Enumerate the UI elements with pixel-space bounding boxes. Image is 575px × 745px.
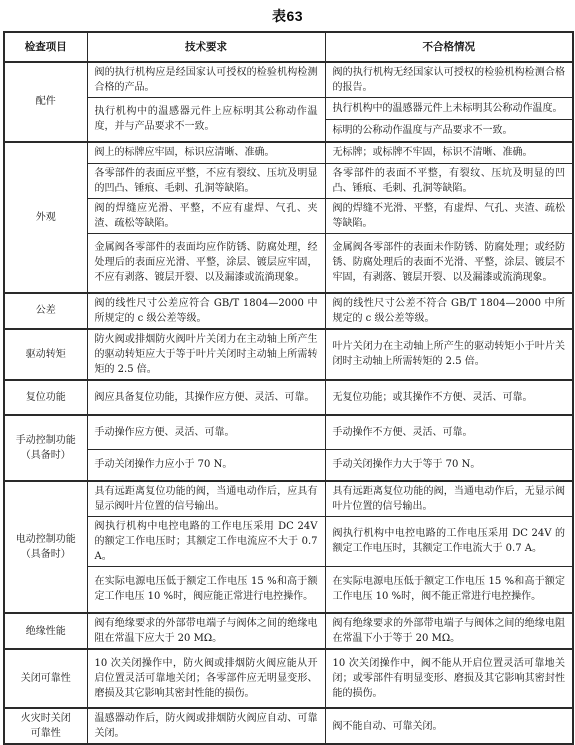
table-row: 复位功能 阀应具备复位功能，其操作应方便、灵活、可靠。 无复位功能；或其操作不方…: [4, 380, 573, 415]
header-row: 检查项目 技术要求 不合格情况: [4, 32, 573, 62]
item-cell-manual-control: 手动控制功能 （具备时）: [4, 415, 87, 481]
nonconforming-cell: 无复位功能；或其操作不方便、灵活、可靠。: [325, 380, 573, 415]
requirement-cell: 手动关闭操作力应小于 70 N。: [87, 450, 325, 481]
table-row: 公差 阀的线性尺寸公差应符合 GB/T 1804—2000 中所规定的 c 级公…: [4, 293, 573, 329]
table-row: 在实际电源电压低于额定工作电压 15 %和高于额定工作电压 10 %时，阀应能正…: [4, 566, 573, 613]
nonconforming-cell: 具有远距离复位功能的阀，当通电动作后，无显示阀叶片位置的信号输出。: [325, 481, 573, 517]
table-row: 驱动转矩 防火阀或排烟防火阀叶片关闭力在主动轴上所产生的驱动转矩应大于等于叶片关…: [4, 329, 573, 380]
table-row: 电动控制功能 （具备时） 具有远距离复位功能的阀，当通电动作后，应具有显示阀叶片…: [4, 481, 573, 517]
nonconforming-cell: 无标牌；或标牌不牢固，标识不清晰、准确。: [325, 142, 573, 164]
requirement-cell: 10 次关闭操作中，防火阀或排烟防火阀应能从开启位置灵活可靠地关闭；各零部件应无…: [87, 649, 325, 708]
column-header-nonconforming: 不合格情况: [325, 32, 573, 62]
column-header-item: 检查项目: [4, 32, 87, 62]
nonconforming-cell: 手动关闭操作力大于等于 70 N。: [325, 450, 573, 481]
table-row: 关闭可靠性 10 次关闭操作中，防火阀或排烟防火阀应能从开启位置灵活可靠地关闭；…: [4, 649, 573, 708]
table-row: 配件 阀的执行机构应是经国家认可授权的检验机构检测合格的产品。 阀的执行机构无经…: [4, 62, 573, 98]
nonconforming-cell: 各零部件的表面不平整，有裂纹、压坑及明显的凹凸、锤痕、毛刺、孔洞等缺陷。: [325, 164, 573, 199]
table-row: 阀执行机构中电控电路的工作电压采用 DC 24V 的额定工作电压时；其额定工作电…: [4, 516, 573, 566]
nonconforming-cell: 阀有绝缘要求的外部带电端子与阀体之间的绝缘电阻在常温下小于等于 20 MΩ。: [325, 613, 573, 649]
item-cell-closing-reliability: 关闭可靠性: [4, 649, 87, 708]
requirement-cell: 阀应具备复位功能，其操作应方便、灵活、可靠。: [87, 380, 325, 415]
table-row: 各零部件的表面应平整，不应有裂纹、压坑及明显的凹凸、锤痕、毛刺、孔洞等缺陷。 各…: [4, 164, 573, 199]
requirement-cell: 具有远距离复位功能的阀，当通电动作后，应具有显示阀叶片位置的信号输出。: [87, 481, 325, 517]
item-cell-appearance: 外观: [4, 142, 87, 293]
nonconforming-cell: 阀的执行机构无经国家认可授权的检验机构检测合格的报告。: [325, 62, 573, 98]
table-row: 外观 阀上的标牌应牢固，标识应清晰、准确。 无标牌；或标牌不牢固，标识不清晰、准…: [4, 142, 573, 164]
inspection-table: 检查项目 技术要求 不合格情况 配件 阀的执行机构应是经国家认可授权的检验机构检…: [3, 31, 574, 745]
requirement-cell: 防火阀或排烟防火阀叶片关闭力在主动轴上所产生的驱动转矩应大于等于叶片关闭时主动轴…: [87, 329, 325, 380]
column-header-requirement: 技术要求: [87, 32, 325, 62]
requirement-cell: 阀的执行机构应是经国家认可授权的检验机构检测合格的产品。: [87, 62, 325, 98]
nonconforming-cell: 10 次关闭操作中，阀不能从开启位置灵活可靠地关闭；或零部件有明显变形、磨损及其…: [325, 649, 573, 708]
requirement-cell: 各零部件的表面应平整，不应有裂纹、压坑及明显的凹凸、锤痕、毛刺、孔洞等缺陷。: [87, 164, 325, 199]
table-row: 火灾时关闭 可靠性 温感器动作后，防火阀或排烟防火阀应自动、可靠关闭。 阀不能自…: [4, 708, 573, 744]
nonconforming-cell: 在实际电源电压低于额定工作电压 15 %和高于额定工作电压 10 %时，阀不能正…: [325, 566, 573, 613]
nonconforming-cell: 阀不能自动、可靠关闭。: [325, 708, 573, 744]
nonconforming-cell: 阀的线性尺寸公差不符合 GB/T 1804—2000 中所规定的 c 级公差等级…: [325, 293, 573, 329]
requirement-cell: 阀执行机构中电控电路的工作电压采用 DC 24V 的额定工作电压时；其额定工作电…: [87, 516, 325, 566]
requirement-cell: 金属阀各零部件的表面均应作防锈、防腐处理，经处理后的表面应光滑、平整，涂层、镀层…: [87, 234, 325, 293]
requirement-cell: 阀上的标牌应牢固，标识应清晰、准确。: [87, 142, 325, 164]
nonconforming-cell: 金属阀各零部件的表面未作防锈、防腐处理；或经防锈、防腐处理后的表面不光滑、平整，…: [325, 234, 573, 293]
table-row: 金属阀各零部件的表面均应作防锈、防腐处理，经处理后的表面应光滑、平整，涂层、镀层…: [4, 234, 573, 293]
nonconforming-cell: 阀的焊缝不光滑、平整，有虚焊、气孔、夹渣、疏松等缺陷。: [325, 199, 573, 234]
table-row: 手动控制功能 （具备时） 手动操作应方便、灵活、可靠。 手动操作不方便、灵活、可…: [4, 415, 573, 450]
table-row: 绝缘性能 阀有绝缘要求的外部带电端子与阀体之间的绝缘电阻在常温下应大于 20 M…: [4, 613, 573, 649]
requirement-cell: 阀有绝缘要求的外部带电端子与阀体之间的绝缘电阻在常温下应大于 20 MΩ。: [87, 613, 325, 649]
item-cell-accessories: 配件: [4, 62, 87, 142]
requirement-cell: 阀的焊缝应光滑、平整，不应有虚焊、气孔、夹渣、疏松等缺陷。: [87, 199, 325, 234]
nonconforming-cell: 手动操作不方便、灵活、可靠。: [325, 415, 573, 450]
item-cell-electric-control: 电动控制功能 （具备时）: [4, 481, 87, 614]
requirement-cell: 执行机构中的温感器元件上应标明其公称动作温度，并与产品要求不一致。: [87, 98, 325, 142]
requirement-cell: 阀的线性尺寸公差应符合 GB/T 1804—2000 中所规定的 c 级公差等级…: [87, 293, 325, 329]
nonconforming-cell: 执行机构中的温感器元件上未标明其公称动作温度。: [325, 98, 573, 120]
document-page: 表63 检查项目 技术要求 不合格情况 配件 阀的执行机构应是经国家认可授权的检…: [0, 0, 575, 723]
table-row: 手动关闭操作力应小于 70 N。 手动关闭操作力大于等于 70 N。: [4, 450, 573, 481]
item-cell-drive-torque: 驱动转矩: [4, 329, 87, 380]
table-row: 执行机构中的温感器元件上应标明其公称动作温度，并与产品要求不一致。 执行机构中的…: [4, 98, 573, 120]
table-title: 表63: [0, 0, 575, 31]
nonconforming-cell: 标明的公称动作温度与产品要求不一致。: [325, 120, 573, 142]
table-row: 阀的焊缝应光滑、平整，不应有虚焊、气孔、夹渣、疏松等缺陷。 阀的焊缝不光滑、平整…: [4, 199, 573, 234]
requirement-cell: 在实际电源电压低于额定工作电压 15 %和高于额定工作电压 10 %时，阀应能正…: [87, 566, 325, 613]
nonconforming-cell: 阀执行机构中电控电路的工作电压采用 DC 24V 的额定工作电压时，其额定工作电…: [325, 516, 573, 566]
nonconforming-cell: 叶片关闭力在主动轴上所产生的驱动转矩小于叶片关闭时主动轴上所需转矩的 2.5 倍…: [325, 329, 573, 380]
item-cell-fire-closing-reliability: 火灾时关闭 可靠性: [4, 708, 87, 744]
item-cell-reset-function: 复位功能: [4, 380, 87, 415]
item-cell-tolerance: 公差: [4, 293, 87, 329]
requirement-cell: 手动操作应方便、灵活、可靠。: [87, 415, 325, 450]
item-cell-insulation: 绝缘性能: [4, 613, 87, 649]
requirement-cell: 温感器动作后，防火阀或排烟防火阀应自动、可靠关闭。: [87, 708, 325, 744]
